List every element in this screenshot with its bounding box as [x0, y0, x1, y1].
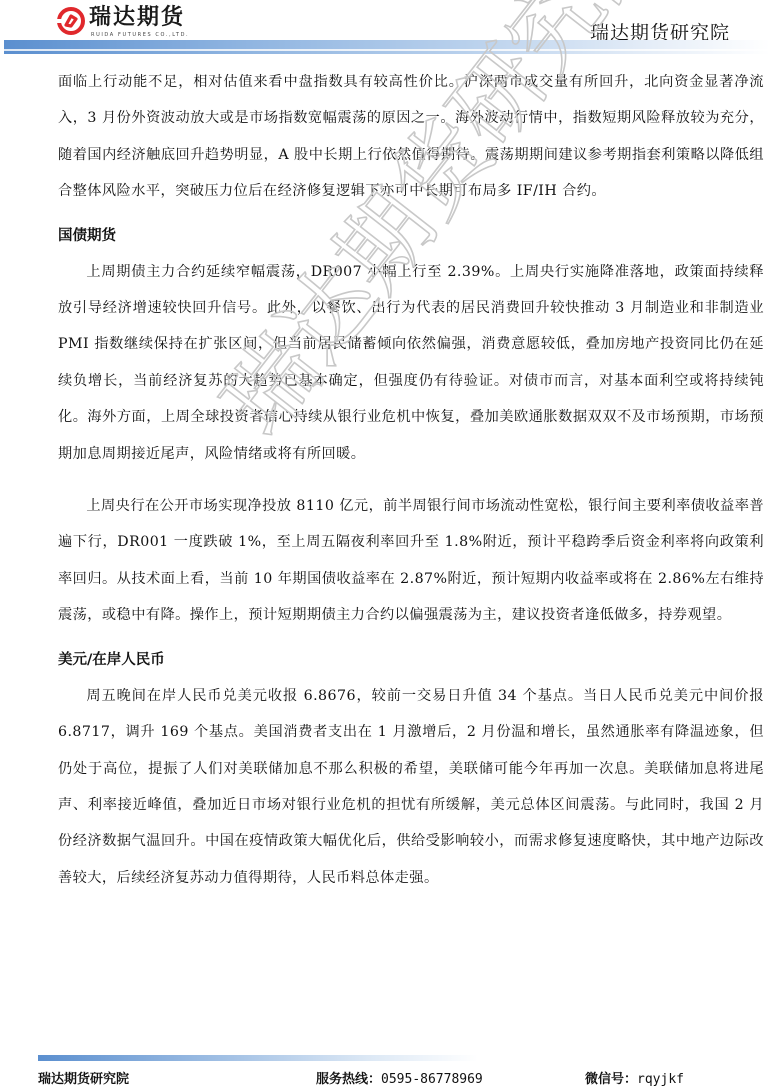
wechat-label: 微信号： [585, 1072, 637, 1087]
footer-wechat: 微信号：rqyjkf [585, 1068, 684, 1087]
header-divider-bar [4, 40, 770, 54]
footer-hotline: 服务热线：0595-86778969 [316, 1068, 483, 1087]
paragraph: 上周期债主力合约延续窄幅震荡，DR007 小幅上行至 2.39%。上周央行实施降… [58, 254, 764, 472]
logo-chinese-name: 瑞达期货 [89, 4, 189, 32]
wechat-id: rqyjkf [637, 1072, 684, 1087]
section-usd-cny: 美元/在岸人民币 周五晚间在岸人民币兑美元收报 6.8676，较前一交易日升值 … [58, 642, 764, 896]
section-heading: 美元/在岸人民币 [58, 642, 764, 678]
section-stock-index: 面临上行动能不足，相对估值来看中盘指数具有较高性价比。沪深两市成交量有所回升，北… [58, 64, 764, 210]
section-treasury-futures: 国债期货 上周期债主力合约延续窄幅震荡，DR007 小幅上行至 2.39%。上周… [58, 218, 764, 634]
paragraph: 面临上行动能不足，相对估值来看中盘指数具有较高性价比。沪深两市成交量有所回升，北… [58, 64, 764, 210]
paragraph: 周五晚间在岸人民币兑美元收报 6.8676，较前一交易日升值 34 个基点。当日… [58, 678, 764, 896]
hotline-number: 0595-86778969 [381, 1072, 483, 1087]
footer-divider-bar [38, 1055, 478, 1061]
section-heading: 国债期货 [58, 218, 764, 254]
page-footer: 瑞达期货研究院 服务热线：0595-86778969 微信号：rqyjkf [0, 1068, 770, 1088]
page-header: 瑞达期货 RUIDA FUTURES CO.,LTD. 瑞达期货研究院 [0, 0, 770, 60]
footer-org-name: 瑞达期货研究院 [38, 1068, 129, 1087]
paragraph: 上周央行在公开市场实现净投放 8110 亿元，前半周银行间市场流动性宽松，银行间… [58, 488, 764, 634]
logo-english-name: RUIDA FUTURES CO.,LTD. [91, 32, 189, 38]
company-logo: 瑞达期货 RUIDA FUTURES CO.,LTD. [57, 4, 189, 44]
ruida-logo-icon [57, 7, 85, 35]
document-body: 面临上行动能不足，相对估值来看中盘指数具有较高性价比。沪深两市成交量有所回升，北… [58, 64, 764, 896]
hotline-label: 服务热线： [316, 1072, 381, 1087]
